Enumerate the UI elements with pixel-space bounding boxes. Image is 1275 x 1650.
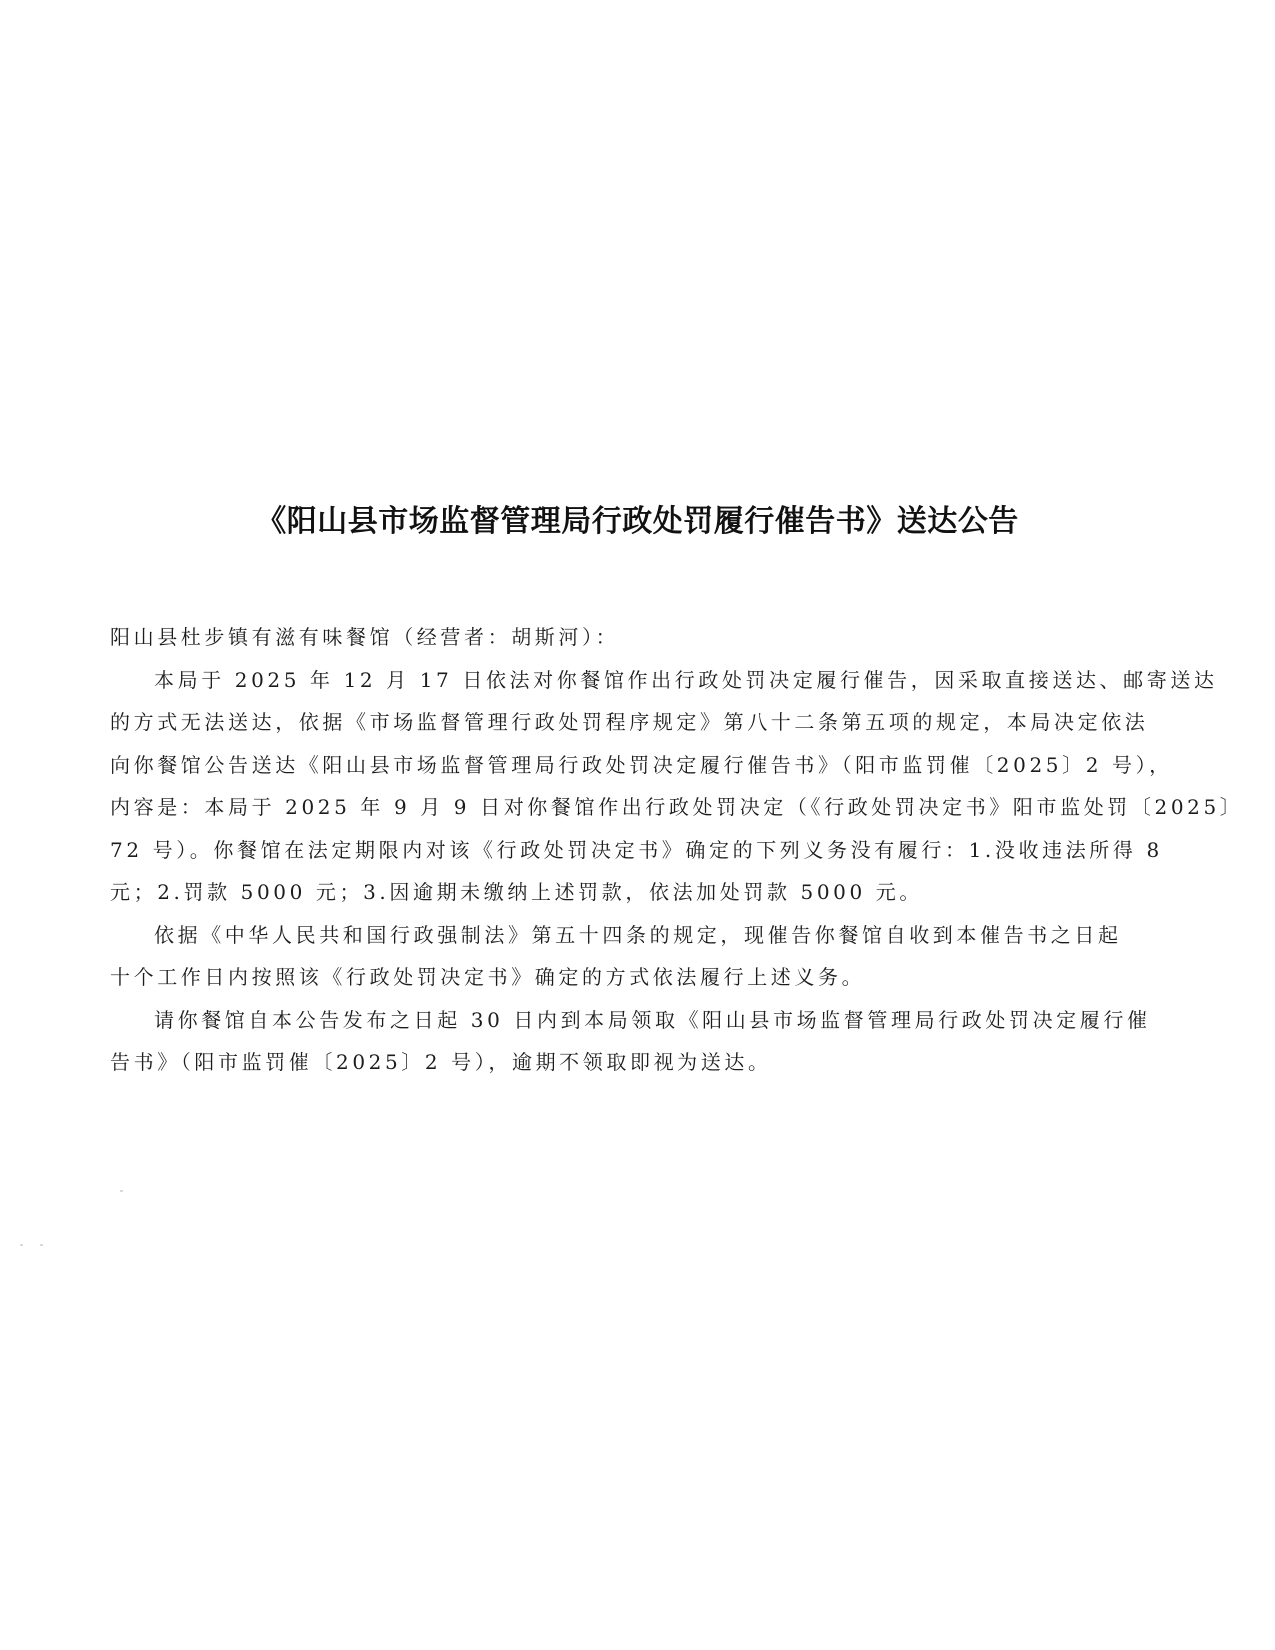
notice-paragraph-2: 依据《中华人民共和国行政强制法》第五十四条的规定，现催告你餐馆自收到本催告书之日…: [110, 914, 1140, 999]
scan-artifact: [20, 1244, 23, 1246]
notice-paragraph-3: 请你餐馆自本公告发布之日起 30 日内到本局领取《阳山县市场监督管理局行政处罚决…: [110, 999, 1140, 1084]
document-body: 阳山县杜步镇有滋有味餐馆（经营者：胡斯河）： 本局于 2025 年 12 月 1…: [110, 616, 1140, 1084]
paragraph-line: 十个工作日内按照该《行政处罚决定书》确定的方式依法履行上述义务。: [110, 956, 1140, 999]
paragraph-line: 元；2.罚款 5000 元；3.因逾期未缴纳上述罚款，依法加处罚款 5000 元…: [110, 871, 1140, 914]
paragraph-line: 本局于 2025 年 12 月 17 日依法对你餐馆作出行政处罚决定履行催告，因…: [110, 659, 1140, 702]
scan-artifact: [40, 1244, 43, 1246]
addressee-line: 阳山县杜步镇有滋有味餐馆（经营者：胡斯河）：: [110, 616, 1140, 659]
document-page: 《阳山县市场监督管理局行政处罚履行催告书》送达公告 阳山县杜步镇有滋有味餐馆（经…: [0, 0, 1275, 1650]
paragraph-line: 依据《中华人民共和国行政强制法》第五十四条的规定，现催告你餐馆自收到本催告书之日…: [110, 914, 1140, 957]
paragraph-line: 的方式无法送达，依据《市场监督管理行政处罚程序规定》第八十二条第五项的规定，本局…: [110, 701, 1140, 744]
paragraph-line: 72 号）。你餐馆在法定期限内对该《行政处罚决定书》确定的下列义务没有履行：1.…: [110, 829, 1140, 872]
paragraph-line: 告书》（阳市监罚催〔2025〕2 号），逾期不领取即视为送达。: [110, 1041, 1140, 1084]
paragraph-line: 请你餐馆自本公告发布之日起 30 日内到本局领取《阳山县市场监督管理局行政处罚决…: [110, 999, 1140, 1042]
paragraph-line: 内容是：本局于 2025 年 9 月 9 日对你餐馆作出行政处罚决定（《行政处罚…: [110, 786, 1140, 829]
paragraph-line: 向你餐馆公告送达《阳山县市场监督管理局行政处罚决定履行催告书》（阳市监罚催〔20…: [110, 744, 1140, 787]
notice-paragraph-1: 本局于 2025 年 12 月 17 日依法对你餐馆作出行政处罚决定履行催告，因…: [110, 659, 1140, 914]
document-title: 《阳山县市场监督管理局行政处罚履行催告书》送达公告: [0, 502, 1275, 542]
scan-artifact: [120, 1190, 123, 1192]
